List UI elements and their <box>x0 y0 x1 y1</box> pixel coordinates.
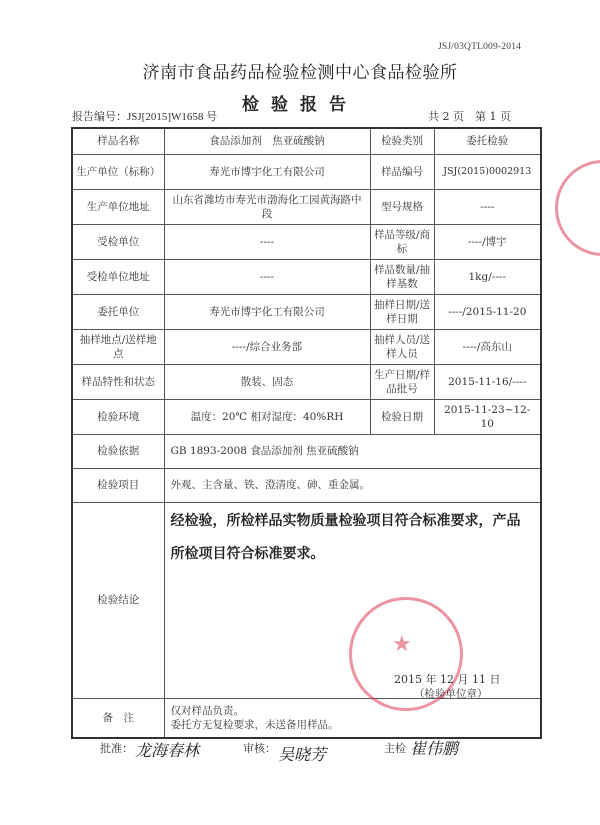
basis-value: GB 1893-2008 食品添加剂 焦亚硫酸钠 <box>164 434 541 468</box>
field-value: ---- <box>164 224 370 259</box>
field-value: ---- <box>434 189 541 224</box>
table-row: 检验依据 GB 1893-2008 食品添加剂 焦亚硫酸钠 <box>72 434 541 468</box>
field-label: 检验类别 <box>370 128 434 154</box>
conclusion-label: 检验结论 <box>72 502 164 698</box>
field-label: 检验环境 <box>72 399 164 434</box>
field-value: 食品添加剂 焦亚硫酸钠 <box>164 128 370 154</box>
field-label: 样品等级/商 标 <box>370 224 434 259</box>
field-value: 寿光市博宇化工有限公司 <box>164 154 370 189</box>
field-label: 检验日期 <box>370 399 434 434</box>
conclusion-text: 经检验，所检样品实物质量检验项目符合标准要求，产品所检项目符合标准要求。 <box>165 503 541 573</box>
field-value: ----/2015-11-20 <box>434 294 541 329</box>
field-label: 委托单位 <box>72 294 164 329</box>
approve-label: 批准： <box>100 740 133 756</box>
field-value: 温度：20℃ 相对湿度：40%RH <box>164 399 370 434</box>
table-row: 生产单位地址 山东省潍坊市寿光市渤海化工园黄海路中段 型号规格 ---- <box>72 189 541 224</box>
table-row: 抽样地点/送样地点 ----/综合业务部 抽样人员/送样人员 ----/高东山 <box>72 329 541 364</box>
field-label: 生产单位地址 <box>72 189 164 224</box>
field-value: 委托检验 <box>434 128 541 154</box>
inspector-label: 主检 <box>384 740 406 756</box>
remarks-line-2: 委托方无复检要求，未送备用样品。 <box>171 718 538 732</box>
field-label: 样品数量/抽样基数 <box>370 259 434 294</box>
field-label: 样品名称 <box>72 128 164 154</box>
document-code: JSJ/03QTL009-2014 <box>438 42 521 52</box>
field-value: 散装、固态 <box>164 364 370 399</box>
field-value: 1kg/---- <box>434 259 541 294</box>
field-label: 生产日期/样品批号 <box>370 364 434 399</box>
table-row: 受检单位地址 ---- 样品数量/抽样基数 1kg/---- <box>72 259 541 294</box>
remarks-label: 备 注 <box>72 698 164 738</box>
table-row: 受检单位 ---- 样品等级/商 标 ----/博宇 <box>72 224 541 259</box>
field-value: ---- <box>164 259 370 294</box>
table-row: 样品特性和状态 散装、固态 生产日期/样品批号 2015-11-16/---- <box>72 364 541 399</box>
table-row: 生产单位（标称） 寿光市博宇化工有限公司 样品编号 JSJ(2015)00029… <box>72 154 541 189</box>
review-label: 审核： <box>243 740 276 756</box>
inspector-signature: 崔伟鹏 <box>410 736 458 759</box>
field-value: ----/博宇 <box>434 224 541 259</box>
field-label: 型号规格 <box>370 189 434 224</box>
field-value: 2015-11-23~12-10 <box>434 399 541 434</box>
basis-label: 检验依据 <box>72 434 164 468</box>
field-label: 样品特性和状态 <box>72 364 164 399</box>
remarks-line-1: 仅对样品负责。 <box>171 704 538 718</box>
table-row: 备 注 仅对样品负责。 委托方无复检要求，未送备用样品。 <box>72 698 541 738</box>
report-number: 报告编号：JSJ[2015]W1658 号 <box>72 108 217 124</box>
field-label: 抽样日期/送样日期 <box>370 294 434 329</box>
partial-seal-stamp <box>555 160 600 256</box>
items-label: 检验项目 <box>72 468 164 502</box>
field-label: 生产单位（标称） <box>72 154 164 189</box>
review-signature: 吴晓芳 <box>278 742 326 765</box>
field-label: 抽样人员/送样人员 <box>370 329 434 364</box>
remarks-value: 仅对样品负责。 委托方无复检要求，未送备用样品。 <box>164 698 541 738</box>
seal-star-icon: ★ <box>392 632 412 657</box>
field-label: 抽样地点/送样地点 <box>72 329 164 364</box>
field-label: 样品编号 <box>370 154 434 189</box>
field-value: 寿光市博宇化工有限公司 <box>164 294 370 329</box>
field-value: JSJ(2015)0002913 <box>434 154 541 189</box>
table-row: 检验结论 经检验，所检样品实物质量检验项目符合标准要求，产品所检项目符合标准要求… <box>72 502 541 698</box>
field-label: 受检单位地址 <box>72 259 164 294</box>
table-row: 样品名称 食品添加剂 焦亚硫酸钠 检验类别 委托检验 <box>72 128 541 154</box>
field-label: 受检单位 <box>72 224 164 259</box>
table-row: 检验环境 温度：20℃ 相对湿度：40%RH 检验日期 2015-11-23~1… <box>72 399 541 434</box>
field-value: ----/高东山 <box>434 329 541 364</box>
table-row: 委托单位 寿光市博宇化工有限公司 抽样日期/送样日期 ----/2015-11-… <box>72 294 541 329</box>
report-table: 样品名称 食品添加剂 焦亚硫酸钠 检验类别 委托检验 生产单位（标称） 寿光市博… <box>71 127 542 739</box>
approve-signature: 龙海春林 <box>135 738 199 761</box>
organization-name: 济南市食品药品检验检测中心食品检验所 <box>0 58 600 83</box>
page-count: 共 2 页 第 1 页 <box>428 108 511 124</box>
seal-caption: （检验单位章） <box>414 686 488 701</box>
table-row: 检验项目 外观、主含量、铁、澄清度、砷、重金属。 <box>72 468 541 502</box>
field-value: 2015-11-16/---- <box>434 364 541 399</box>
conclusion-date: 2015 年 12 月 11 日 <box>394 671 500 687</box>
field-value: ----/综合业务部 <box>164 329 370 364</box>
field-value: 山东省潍坊市寿光市渤海化工园黄海路中段 <box>164 189 370 224</box>
items-value: 外观、主含量、铁、澄清度、砷、重金属。 <box>164 468 541 502</box>
